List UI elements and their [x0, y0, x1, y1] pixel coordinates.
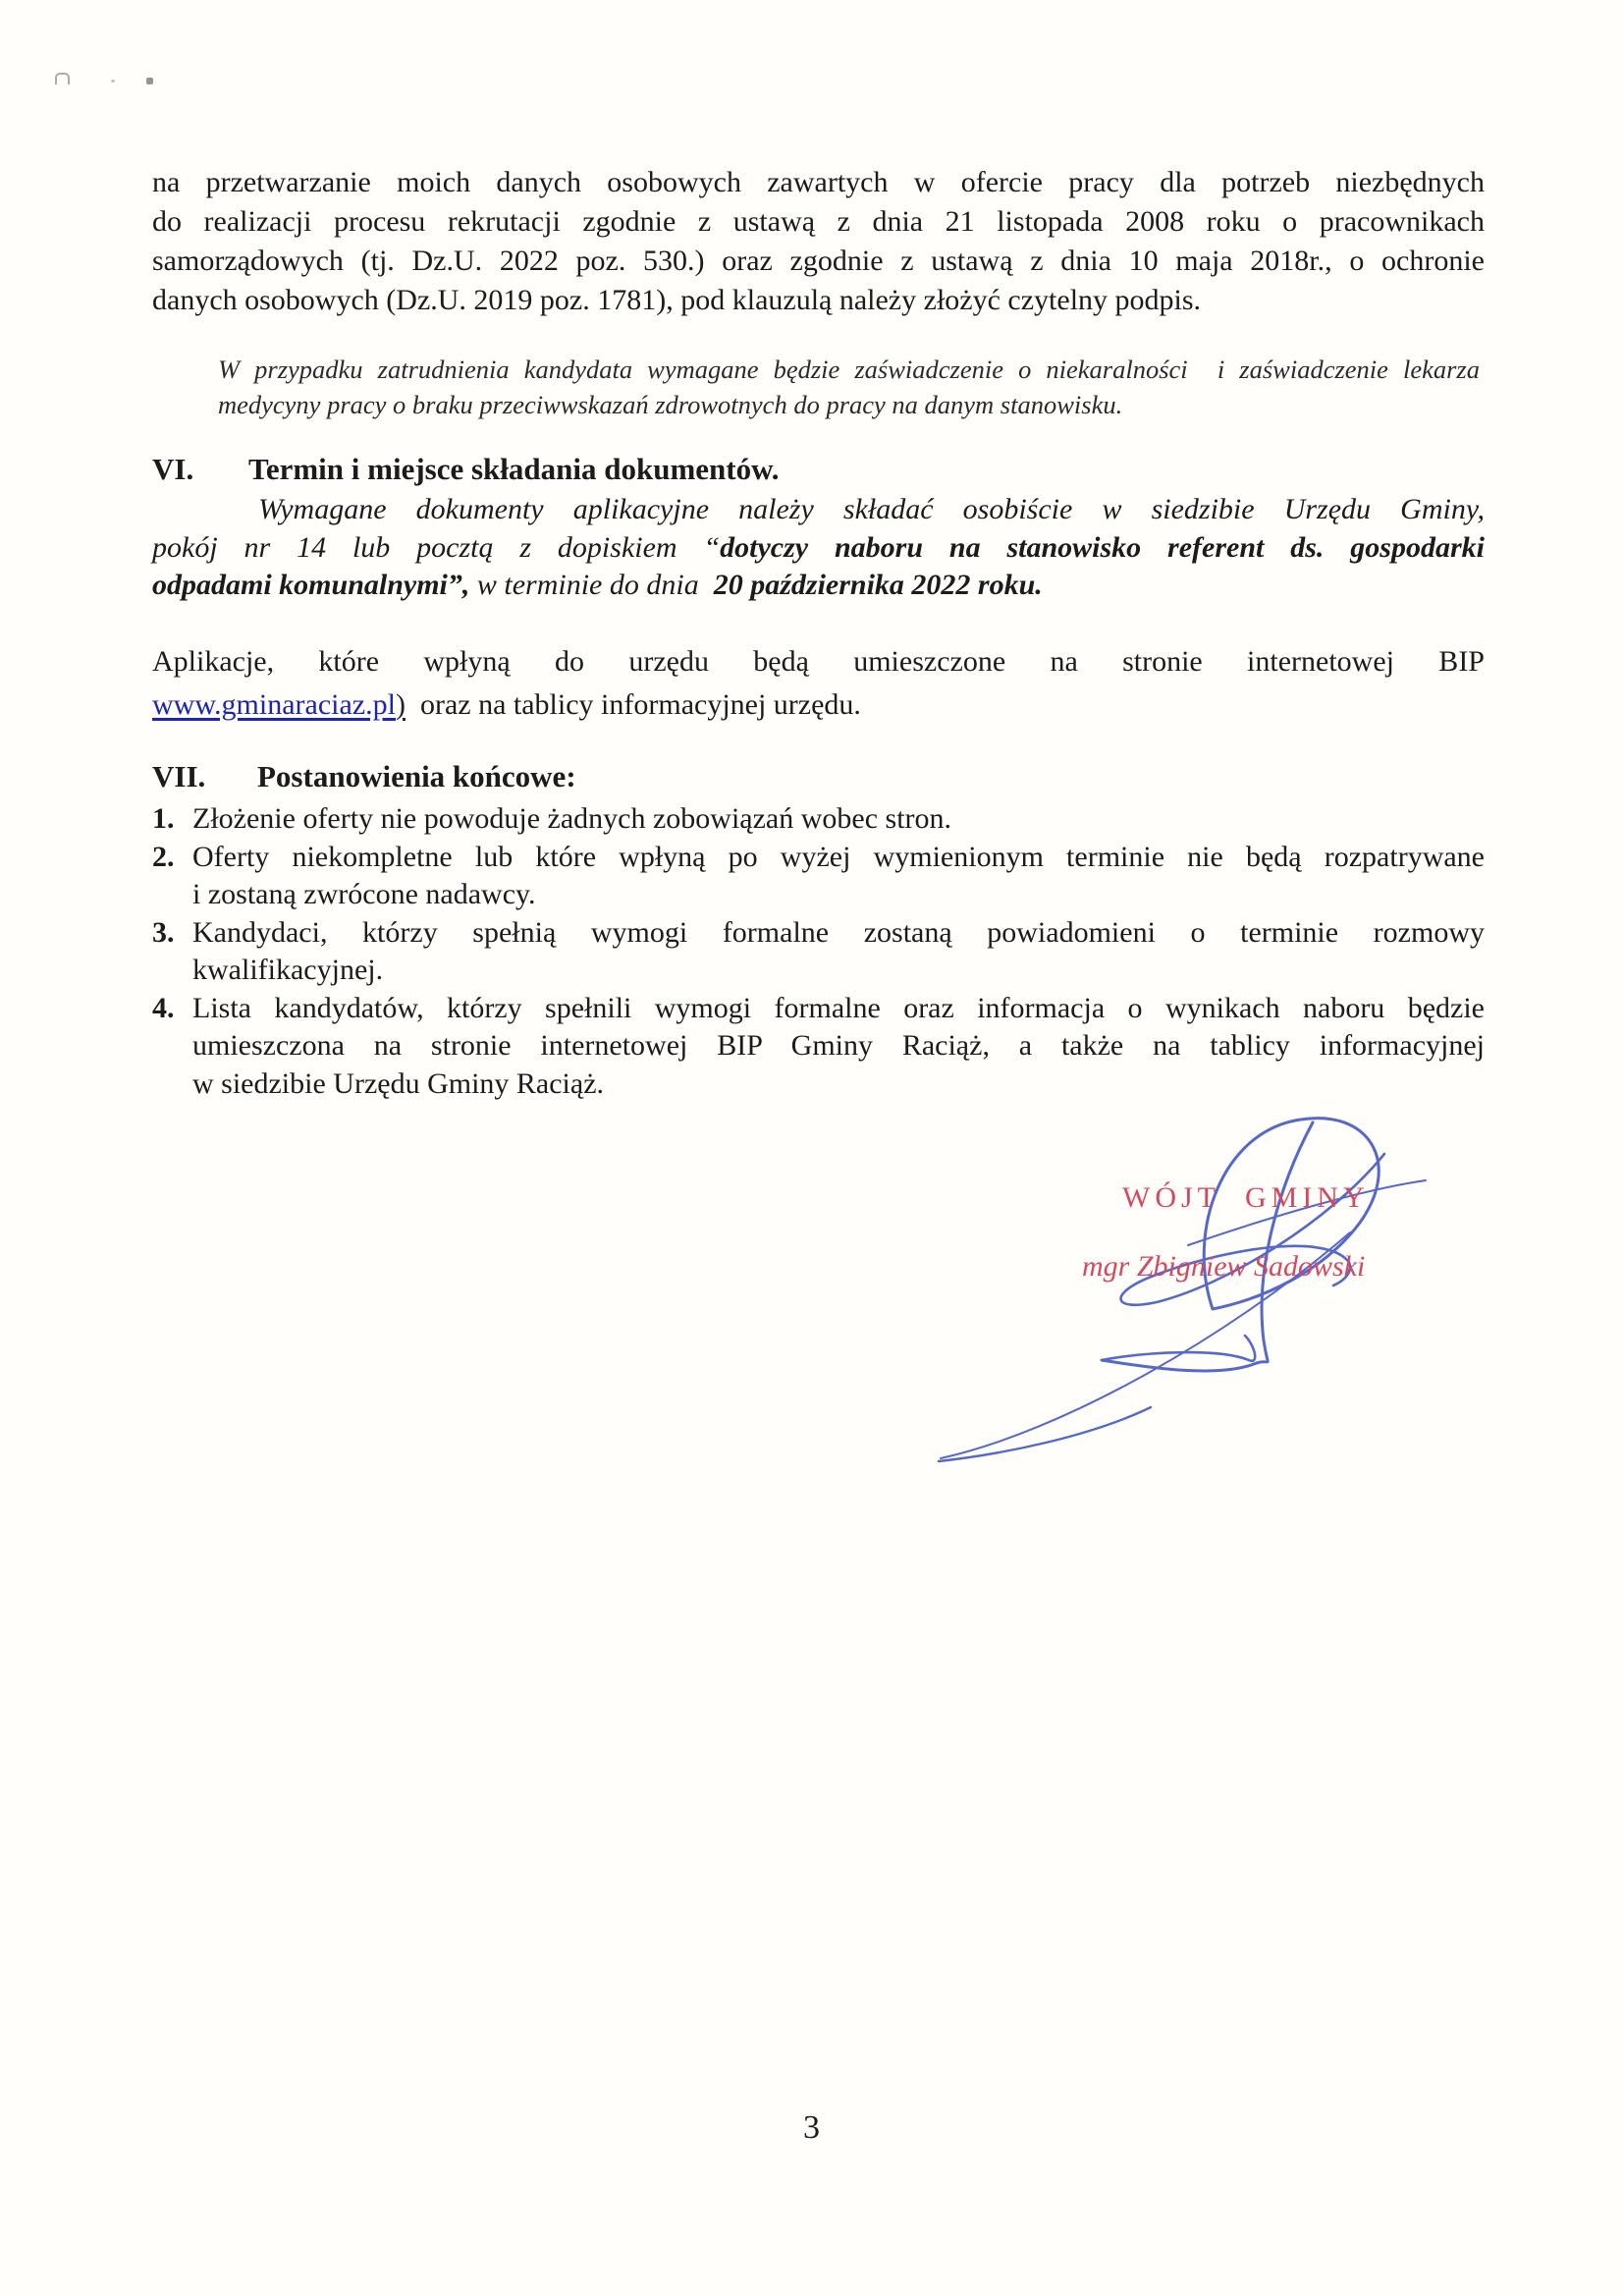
text-line: pokój nr 14 lub pocztą z dopiskiem “doty…	[152, 529, 1485, 568]
text-segment: W przypadku zatrudnienia kandydata wymag…	[218, 355, 1480, 384]
applications-paragraph: Aplikacje, które wpłyną do urzędu będą u…	[152, 640, 1485, 727]
section-vi-title: Termin i miejsce składania dokumentów.	[248, 452, 780, 486]
signature-block: WÓJT GMINY mgr Zbigniew Sadowski	[766, 1113, 1453, 1496]
text-segment: odpadami komunalnymi”,	[152, 569, 469, 601]
text-line: medycyny pracy o braku przeciwwskazań zd…	[218, 387, 1480, 422]
final-provisions-list: 1.Złożenie oferty nie powoduje żadnych z…	[152, 800, 1485, 1103]
intro-paragraph: na przetwarzanie moich danych osobowych …	[152, 163, 1485, 320]
text-segment: kwalifikacyjnej.	[192, 954, 383, 986]
section-vii-title: Postanowienia końcowe:	[257, 759, 576, 793]
text-line: kwalifikacyjnej.	[192, 952, 1485, 990]
list-item-number: 1.	[152, 800, 175, 839]
text-line: danych osobowych (Dz.U. 2019 poz. 1781),…	[152, 281, 1485, 320]
text-line: umieszczona na stronie internetowej BIP …	[192, 1027, 1485, 1066]
text-segment: do realizacji procesu rekrutacji zgodnie…	[152, 205, 1485, 238]
text-line: W przypadku zatrudnienia kandydata wymag…	[218, 352, 1480, 387]
text-segment: Oferty niekompletne lub które wpłyną po …	[192, 841, 1485, 873]
text-line: Kandydaci, którzy spełnią wymogi formaln…	[192, 914, 1485, 953]
text-line: www.gminaraciaz.pl) oraz na tablicy info…	[152, 683, 1485, 727]
section-vi-number: VI.	[152, 452, 248, 487]
text-segment: i zostaną zwrócone nadawcy.	[192, 878, 536, 910]
text-segment: )	[396, 688, 406, 721]
text-line: Aplikacje, które wpłyną do urzędu będą u…	[152, 640, 1485, 683]
list-item: 1.Złożenie oferty nie powoduje żadnych z…	[152, 800, 1485, 839]
signature-scribble-icon	[766, 1113, 1453, 1496]
section-vii-number: VII.	[152, 759, 257, 794]
text-line: do realizacji procesu rekrutacji zgodnie…	[152, 202, 1485, 242]
text-segment: oraz na tablicy informacyjnej urzędu.	[406, 688, 861, 721]
text-line: samorządowych (tj. Dz.U. 2022 poz. 530.)…	[152, 242, 1485, 281]
stamp-title: WÓJT GMINY	[1122, 1181, 1370, 1215]
text-line: Lista kandydatów, którzy spełnili wymogi…	[192, 990, 1485, 1028]
text-line: Oferty niekompletne lub które wpłyną po …	[192, 839, 1485, 877]
text-line: na przetwarzanie moich danych osobowych …	[152, 163, 1485, 202]
list-item-number: 3.	[152, 914, 175, 953]
stamp-name: mgr Zbigniew Sadowski	[1082, 1250, 1365, 1284]
text-line: Wymagane dokumenty aplikacyjne należy sk…	[152, 491, 1485, 529]
list-item-number: 4.	[152, 990, 175, 1028]
section-vi-heading: VI.Termin i miejsce składania dokumentów…	[152, 452, 1485, 487]
text-segment: Kandydaci, którzy spełnią wymogi formaln…	[192, 916, 1485, 949]
text-segment: Wymagane dokumenty aplikacyjne należy sk…	[258, 493, 1485, 525]
text-segment: pokój nr 14 lub pocztą z dopiskiem “	[152, 531, 720, 564]
text-segment: w terminie do dnia	[469, 569, 713, 601]
text-line: i zostaną zwrócone nadawcy.	[192, 876, 1485, 914]
scan-artifact-speck	[111, 80, 115, 82]
text-segment: Aplikacje, które wpłyną do urzędu będą u…	[152, 645, 1485, 678]
text-segment: medycyny pracy o braku przeciwwskazań zd…	[218, 390, 1122, 419]
section-vi-paragraph: Wymagane dokumenty aplikacyjne należy sk…	[152, 491, 1485, 605]
list-item: 4.Lista kandydatów, którzy spełnili wymo…	[152, 990, 1485, 1104]
scan-artifact-dot	[146, 78, 153, 84]
list-item-number: 2.	[152, 839, 175, 877]
text-segment: na przetwarzanie moich danych osobowych …	[152, 166, 1485, 198]
text-line: Złożenie oferty nie powoduje żadnych zob…	[192, 800, 1485, 839]
text-segment: umieszczona na stronie internetowej BIP …	[192, 1029, 1485, 1062]
text-segment: Lista kandydatów, którzy spełnili wymogi…	[192, 992, 1485, 1024]
text-line: w siedzibie Urzędu Gminy Raciąż.	[192, 1066, 1485, 1104]
text-segment: samorządowych (tj. Dz.U. 2022 poz. 530.)…	[152, 245, 1485, 277]
list-item: 2.Oferty niekompletne lub które wpłyną p…	[152, 839, 1485, 914]
list-item: 3.Kandydaci, którzy spełnią wymogi forma…	[152, 914, 1485, 990]
document-page: na przetwarzanie moich danych osobowych …	[0, 0, 1623, 2296]
text-segment: dotyczy naboru na stanowisko referent ds…	[720, 531, 1485, 564]
website-link[interactable]: www.gminaraciaz.pl	[152, 688, 396, 721]
text-segment: 20 października 2022 roku.	[714, 569, 1043, 601]
text-segment: w siedzibie Urzędu Gminy Raciąż.	[192, 1067, 604, 1100]
scan-artifact-mark	[55, 73, 70, 84]
page-number: 3	[0, 2109, 1623, 2147]
note-italic-paragraph: W przypadku zatrudnienia kandydata wymag…	[218, 352, 1480, 422]
text-line: odpadami komunalnymi”, w terminie do dni…	[152, 567, 1485, 605]
section-vii-heading: VII.Postanowienia końcowe:	[152, 759, 1485, 794]
text-segment: danych osobowych (Dz.U. 2019 poz. 1781),…	[152, 284, 1201, 316]
text-segment: Złożenie oferty nie powoduje żadnych zob…	[192, 802, 951, 835]
